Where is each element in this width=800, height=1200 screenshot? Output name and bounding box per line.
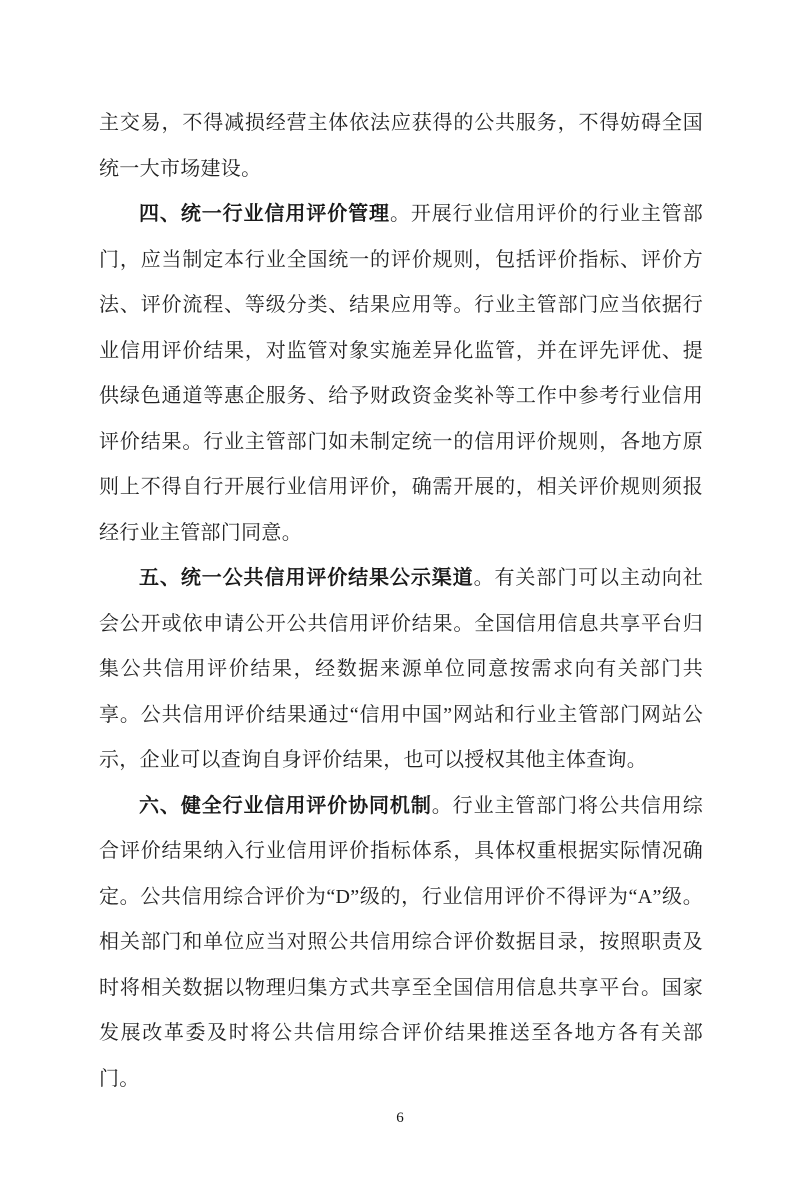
- paragraph-section-5: 五、统一公共信用评价结果公示渠道。有关部门可以主动向社会公开或依申请公开公共信用…: [99, 556, 703, 784]
- section-5-heading: 五、统一公共信用评价结果公示渠道: [139, 567, 474, 589]
- section-6-body-text: 行业主管部门将公共信用综合评价结果纳入行业信用评价指标体系，具体权重根据实际情况…: [99, 795, 703, 1090]
- section-4-heading-punct: 。: [390, 203, 411, 225]
- document-page: 主交易，不得减损经营主体依法应获得的公共服务，不得妨碍全国统一大市场建设。 四、…: [0, 0, 800, 1200]
- section-5-heading-punct: 。: [474, 567, 495, 589]
- page-number: 6: [0, 1106, 800, 1130]
- paragraph-section-4: 四、统一行业信用评价管理。开展行业信用评价的行业主管部门，应当制定本行业全国统一…: [99, 192, 703, 556]
- paragraph-continuation: 主交易，不得减损经营主体依法应获得的公共服务，不得妨碍全国统一大市场建设。: [99, 101, 703, 192]
- section-5-body-text: 有关部门可以主动向社会公开或依申请公开公共信用评价结果。全国信用信息共享平台归集…: [99, 567, 703, 771]
- section-6-heading: 六、健全行业信用评价协同机制: [139, 795, 432, 817]
- section-4-heading: 四、统一行业信用评价管理: [139, 203, 390, 225]
- paragraph-section-6: 六、健全行业信用评价协同机制。行业主管部门将公共信用综合评价结果纳入行业信用评价…: [99, 784, 703, 1103]
- document-body: 主交易，不得减损经营主体依法应获得的公共服务，不得妨碍全国统一大市场建设。 四、…: [99, 101, 703, 1102]
- section-4-body-text: 开展行业信用评价的行业主管部门，应当制定本行业全国统一的评价规则，包括评价指标、…: [99, 203, 703, 544]
- section-6-heading-punct: 。: [432, 795, 453, 817]
